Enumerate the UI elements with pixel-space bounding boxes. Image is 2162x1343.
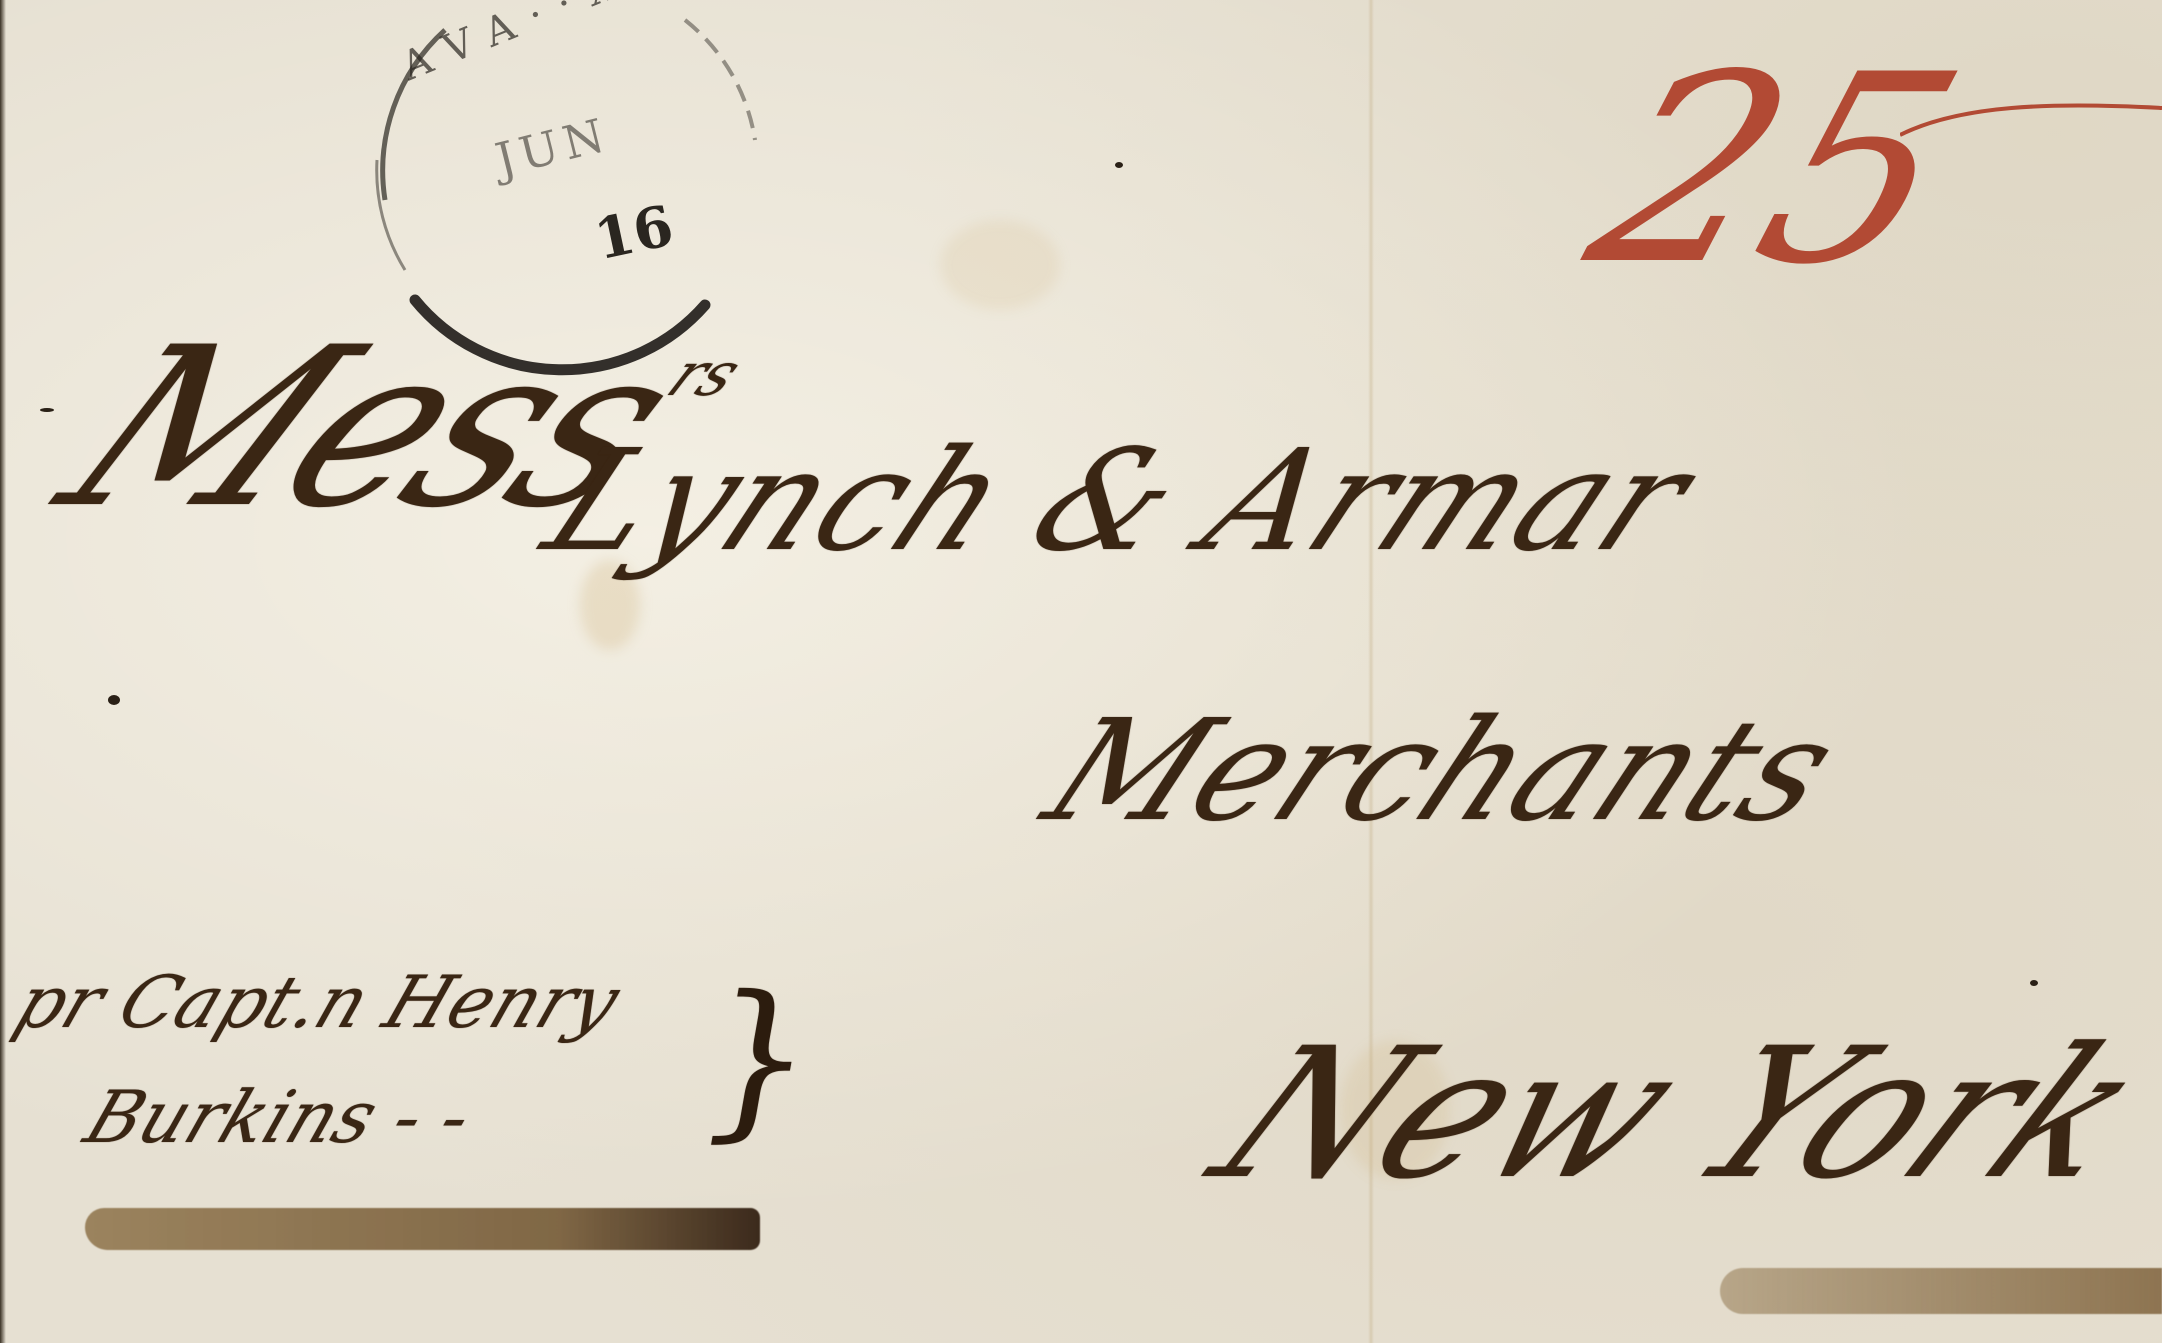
ink-speck [1115,162,1123,168]
ink-speck [2030,980,2038,986]
ink-speck [108,695,120,705]
city-underline-stroke [1720,1268,2162,1314]
foxing-stain [940,220,1060,310]
addressee-name: Lynch & Armar [522,420,1717,583]
cover-left-edge [0,0,6,1343]
postage-rate: 25 [1561,20,1990,322]
destination-city: New York - [1180,1010,2162,1219]
letter-cover: AVA··X JUN 16 25 Messrs Lynch & Armar Me… [0,0,2162,1343]
ink-speck [40,408,54,412]
routing-line-1: pr Capt.n Henry [5,960,631,1044]
addressee-occupation: Merchants [1022,690,1861,853]
routing-line-2: Burkins - - [75,1075,484,1159]
routing-brace-icon: } [688,960,831,1158]
routing-underline-stroke [85,1208,760,1250]
rate-flourish-icon [1900,100,2162,140]
